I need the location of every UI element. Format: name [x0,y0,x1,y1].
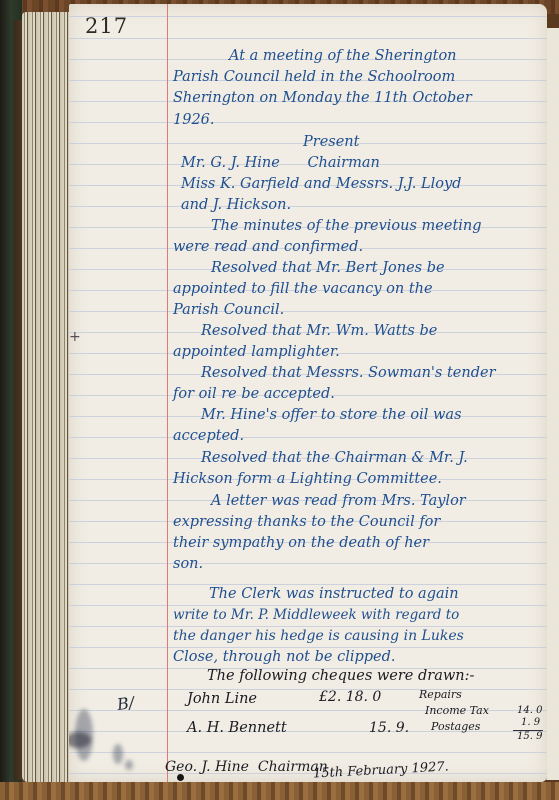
chairman-signature: Geo. J. Hine Chairman [165,757,328,778]
minute-book-page: 217 + B/ At a meeting of the Sherington … [69,4,547,782]
cheque-purpose: Repairs [419,688,462,701]
minutes-line: Close, through not be clipped. [173,647,396,668]
minutes-line: Resolved that the Chairman & Mr. J. [201,448,468,469]
attendance-line: Miss K. Garfield and Messrs. J.J. Lloyd [181,174,461,195]
minutes-line: Mr. Hine's offer to store the oil was [201,405,462,426]
cheque-sub-amount: 14. 0 [517,705,542,716]
heading-line: Parish Council held in the Schoolroom [173,67,455,88]
cheque-payee: A. H. Bennett [187,718,287,739]
minutes-line: Hickson form a Lighting Committee. [173,469,442,490]
heading-line: At a meeting of the Sherington [229,46,457,67]
minutes-line: The Clerk was instructed to again [209,584,459,605]
cheque-amount: 15. 9. [369,720,409,736]
minutes-line: son. [173,554,203,575]
minutes-line: appointed lamplighter. [173,342,340,363]
minutes-line: write to Mr. P. Middleweek with regard t… [173,605,459,626]
minutes-line: Resolved that Mr. Bert Jones be [211,258,445,279]
cheque-payee: John Line [187,689,257,710]
minutes-line: accepted. [173,426,244,447]
attendance-line: Mr. G. J. Hine Chairman [181,153,380,174]
cheque-purpose: Postages [431,720,480,733]
margin-initials: B/ [116,693,136,714]
cheque-purpose: Income Tax [425,704,489,717]
attendance-line: and J. Hickson. [181,195,291,216]
minutes-line: Resolved that Messrs. Sowman's tender [201,363,496,384]
cheque-sub-amount: 1. 9 [521,717,540,728]
margin-cross-mark: + [69,329,81,345]
minutes-line: for oil re be accepted. [173,384,335,405]
wooden-table-bottom [0,782,559,800]
cheques-intro: The following cheques were drawn:- [207,666,474,687]
minutes-line: their sympathy on the death of her [173,533,429,554]
stacked-page-edges [22,12,70,782]
margin-rule [167,4,168,782]
minutes-line: the danger his hedge is causing in Lukes [173,626,464,647]
ink-stain [125,760,133,770]
minutes-line: Parish Council. [173,300,284,321]
heading-line: 1926. [173,110,215,131]
minutes-line: were read and confirmed. [173,237,363,258]
ink-stain [113,744,123,764]
minutes-line: Resolved that Mr. Wm. Watts be [201,321,437,342]
minutes-line: The minutes of the previous meeting [211,216,482,237]
page-number: 217 [85,14,128,38]
minutes-line: A letter was read from Mrs. Taylor [211,491,466,512]
cheques-subtotal: 15. 9 [517,731,542,742]
present-heading: Present [303,132,359,153]
minutes-line: appointed to fill the vacancy on the [173,279,433,300]
cheque-amount: £2. 18. 0 [319,689,381,705]
next-page-edge [546,28,559,780]
heading-line: Sherington on Monday the 11th October [173,88,472,109]
minutes-line: expressing thanks to the Council for [173,512,440,533]
